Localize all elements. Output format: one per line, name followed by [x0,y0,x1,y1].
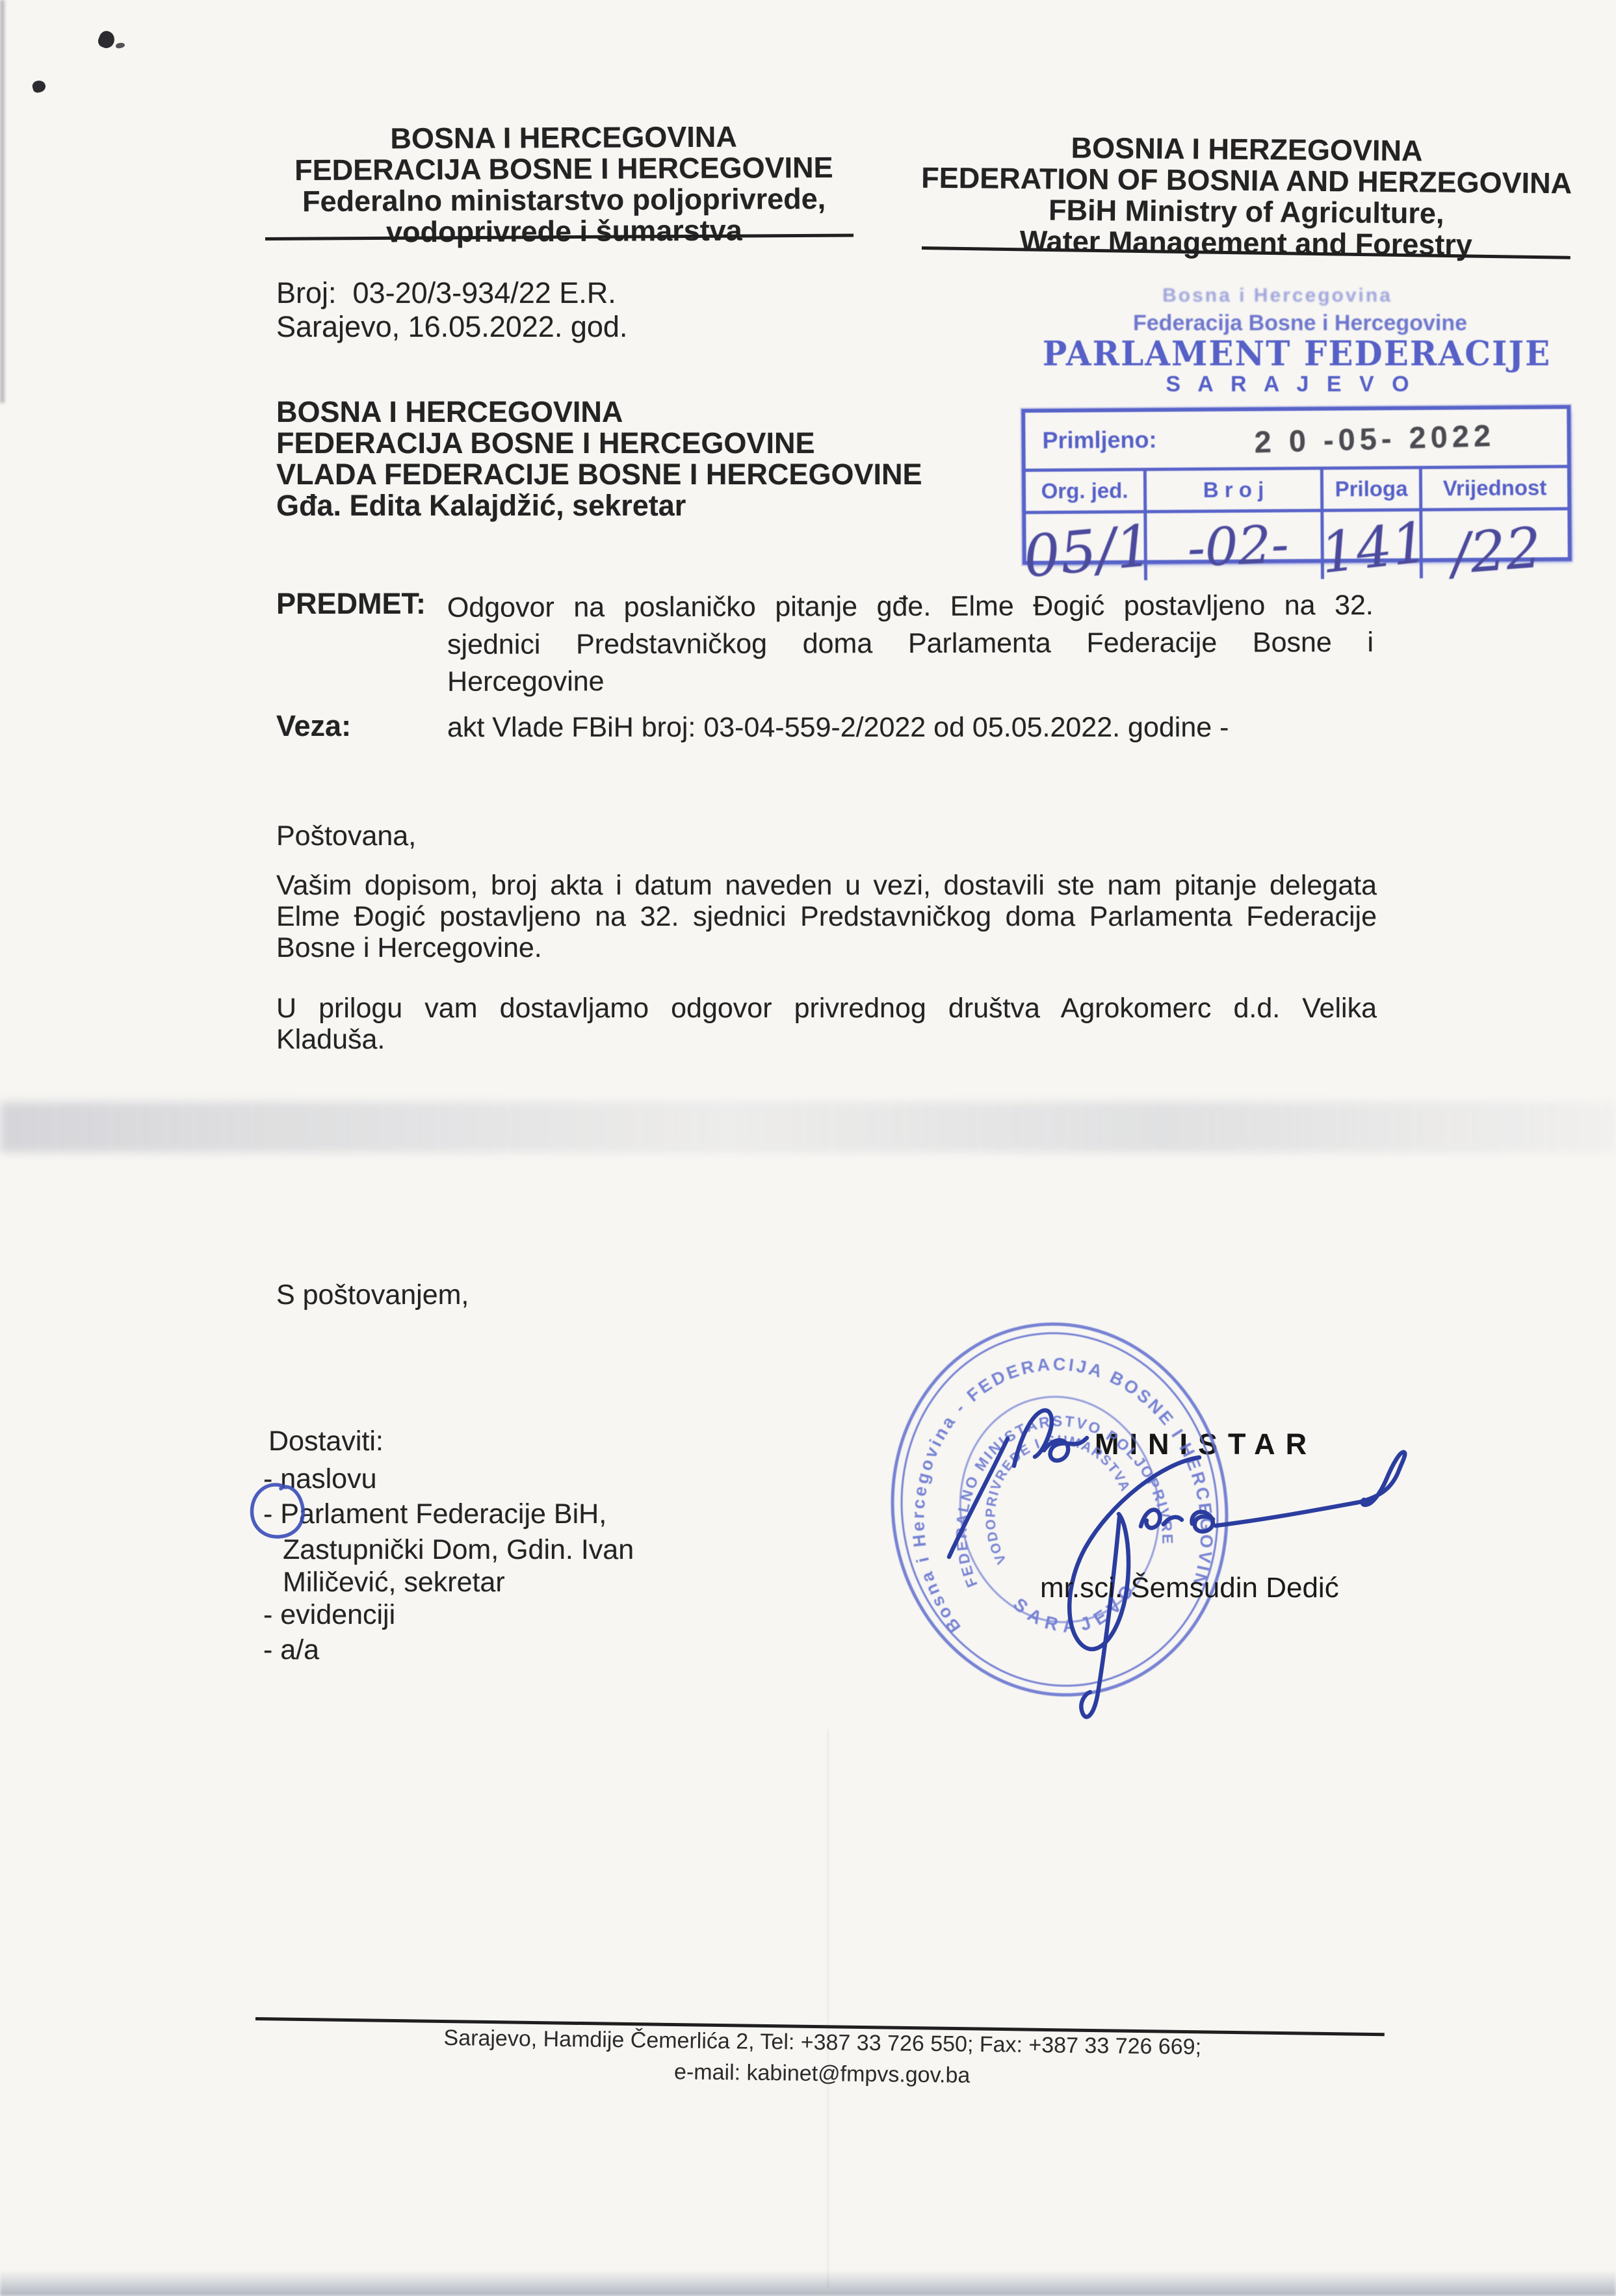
received-stamp-values-row: 05/1 -02- 141 /22 [1026,510,1567,561]
subject-label: PREDMET: [276,588,426,620]
reference-place-date: Sarajevo, 16.05.2022. god. [276,310,627,344]
column-header: Priloga [1323,469,1422,509]
distribution-item: - naslovu [263,1463,634,1495]
received-stamp-country: Bosna i Hercegovina [1162,285,1392,307]
column-header: Vrijednost [1422,468,1567,508]
footer-block: Sarajevo, Hamdije Čemerlića 2, Tel: +387… [443,2022,1202,2094]
received-stamp-city: S A R A J E V O [1166,372,1414,397]
letterhead-right: BOSNIA I HERZEGOVINA FEDERATION OF BOSNI… [909,131,1583,261]
recipient-block: BOSNA I HERCEGOVINA FEDERACIJA BOSNE I H… [276,397,922,521]
subject-line: sjednici Predstavničkog doma Parlamenta … [447,624,1374,664]
subject-text: Odgovor na poslaničko pitanje gđe. Elme … [447,587,1374,701]
value-cell: 141 [1323,512,1423,579]
ink-speck [96,29,117,50]
subject-line: Hercegovine [447,661,1374,701]
recipient-line: FEDERACIJA BOSNE I HERCEGOVINE [276,428,922,459]
received-stamp-table: Primljeno: 2 0 -05- 2022 Org. jed. B r o… [1021,405,1572,565]
distribution-item-continuation: Miličević, sekretar [283,1566,634,1598]
column-header: B r o j [1147,470,1323,510]
paragraph-1: Vašim dopisom, broj akta i datum naveden… [276,870,1377,963]
received-stamp-parliament: PARLAMENT FEDERACIJE [1043,333,1551,374]
letterhead-left-line: FEDERACIJA BOSNE I HERCEGOVINE [260,152,868,187]
handwritten-value: -02- [1186,514,1290,578]
received-stamp-federation: Federacija Bosne i Hercegovine [1133,311,1467,336]
letterhead-right-line: FEDERATION OF BOSNIA AND HERZEGOVINA [910,162,1583,199]
letterhead-left-line: BOSNA I HERCEGOVINA [260,121,868,155]
ink-speck [115,42,125,49]
letterhead-left-line: Federalno ministarstvo poljoprivrede, [260,183,868,218]
received-stamp-column-headers: Org. jed. B r o j Priloga Vrijednost [1026,468,1567,514]
distribution-item: - Parlament Federacije BiH, [263,1498,634,1530]
handwritten-value: /22 [1449,515,1544,586]
pen-circle-annotation [246,1477,314,1545]
distribution-item: - evidenciji [263,1598,634,1631]
scanned-letter-page: BOSNA I HERCEGOVINA FEDERACIJA BOSNE I H… [0,0,1616,2296]
recipient-line: VLADA FEDERACIJE BOSNE I HERCEGOVINE [276,459,922,490]
veza-label: Veza: [276,711,351,742]
distribution-item-continuation: Zastupnički Dom, Gdin. Ivan [283,1533,634,1566]
letterhead-left-line: vodoprivrede i šumarstva [260,215,868,249]
column-header: Org. jed. [1026,471,1147,511]
minister-signature [930,1333,1547,1736]
distribution-block: Dostaviti: - naslovu - Parlament Federac… [263,1425,634,1666]
distribution-label: Dostaviti: [268,1425,634,1457]
closing: S poštovanjem, [276,1279,469,1311]
ink-speck [31,79,47,94]
paragraph-line: Vašim dopisom, broj akta i datum naveden… [276,870,1377,901]
salutation: Poštovana, [276,820,416,852]
scan-edge-artifact [0,0,5,403]
value-cell: -02- [1147,512,1324,581]
received-label: Primljeno: [1042,426,1156,454]
recipient-line: BOSNA I HERCEGOVINA [276,397,922,428]
paragraph-line: Elme Đogić postavljeno na 32. sjednici P… [276,901,1377,932]
value-cell: 05/1 [1026,514,1147,581]
paper-crease [827,1729,829,2288]
letterhead-left: BOSNA I HERCEGOVINA FEDERACIJA BOSNE I H… [260,121,868,249]
veza-text: akt Vlade FBiH broj: 03-04-559-2/2022 od… [447,712,1229,743]
reference-number: Broj: 03-20/3-934/22 E.R. [276,276,627,310]
scan-bottom-shadow [0,2270,1616,2296]
paragraph-line: Kladuša. [276,1024,1377,1055]
paragraph-line: Bosne i Hercegovine. [276,932,1377,963]
subject-line: Odgovor na poslaničko pitanje gđe. Elme … [447,587,1374,627]
distribution-item: - a/a [263,1634,634,1666]
handwritten-value: 05/1 [1021,512,1154,590]
paragraph-line: U prilogu vam dostavljamo odgovor privre… [276,993,1377,1024]
handwritten-value: 141 [1318,510,1431,586]
minister-name: mr.sci. Šemsudin Dedić [1040,1572,1339,1604]
recipient-line: Gđa. Edita Kalajdžić, sekretar [276,490,922,521]
scan-shadow-band [0,1102,1616,1153]
value-cell: /22 [1422,510,1568,579]
received-stamp-row-primljeno: Primljeno: 2 0 -05- 2022 [1025,409,1567,472]
paragraph-2: U prilogu vam dostavljamo odgovor privre… [276,993,1377,1055]
reference-block: Broj: 03-20/3-934/22 E.R. Sarajevo, 16.0… [276,276,627,344]
received-date-stamp: 2 0 -05- 2022 [1254,417,1496,459]
